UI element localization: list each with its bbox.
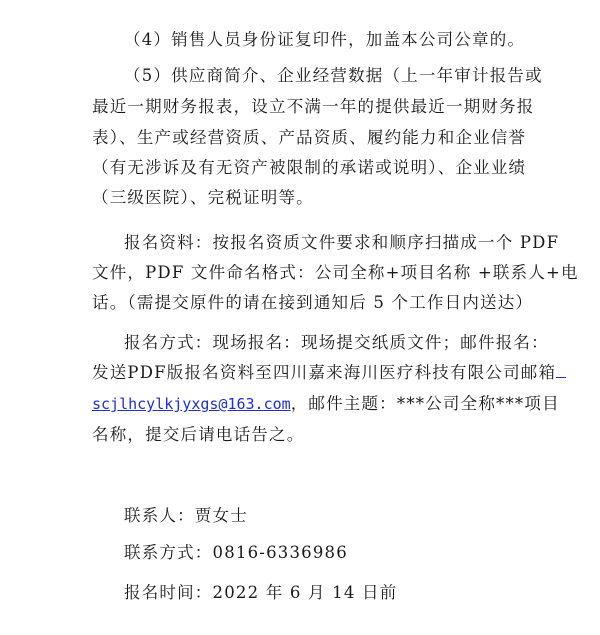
method-line-3-rest: ，邮件主题：***公司全称***项目 xyxy=(291,394,560,413)
method-line-3: scjlhcylkjyxgs@163.com，邮件主题：***公司全称***项目 xyxy=(92,394,512,414)
method-line-4: 名称，提交后请电话告之。 xyxy=(92,425,512,445)
link-underline-mark[interactable] xyxy=(556,363,566,378)
item-5-line-2: 最近一期财务报表，设立不满一年的提供最近一期财务报 xyxy=(92,97,512,117)
item-5-line-3: 表）、生产或经营资质、产品资质、履约能力和企业信誉 xyxy=(92,128,512,148)
method-line-2-text: 发送PDF版报名资料至四川嘉来海川医疗科技有限公司邮箱 xyxy=(92,363,556,382)
item-5-line-4: （有无涉诉及有无资产被限制的承诺或说明）、企业业绩 xyxy=(92,158,512,178)
method-line-2: 发送PDF版报名资料至四川嘉来海川医疗科技有限公司邮箱 xyxy=(92,363,512,383)
contact-person: 联系人：贾女士 xyxy=(124,506,512,526)
materials-line-2: 文件，PDF 文件命名格式：公司全称+项目名称 +联系人+电 xyxy=(92,263,512,283)
item-5-line-1: （5）供应商简介、企业经营数据（上一年审计报告或 xyxy=(124,66,512,86)
contact-phone: 联系方式：0816-6336986 xyxy=(124,543,512,563)
materials-line-1: 报名资料：按报名资质文件要求和顺序扫描成一个 PDF xyxy=(124,233,512,253)
item-4-text: （4）销售人员身份证复印件，加盖本公司公章的。 xyxy=(124,30,512,50)
registration-deadline: 报名时间：2022 年 6 月 14 日前 xyxy=(124,583,512,603)
email-link[interactable]: scjlhcylkjyxgs@163.com xyxy=(92,395,291,413)
item-5-line-5: （三级医院）、完税证明等。 xyxy=(92,188,512,208)
method-line-1: 报名方式：现场报名：现场提交纸质文件；邮件报名： xyxy=(124,333,512,353)
materials-line-3: 话。（需提交原件的请在接到通知后 5 个工作日内送达） xyxy=(92,293,512,313)
